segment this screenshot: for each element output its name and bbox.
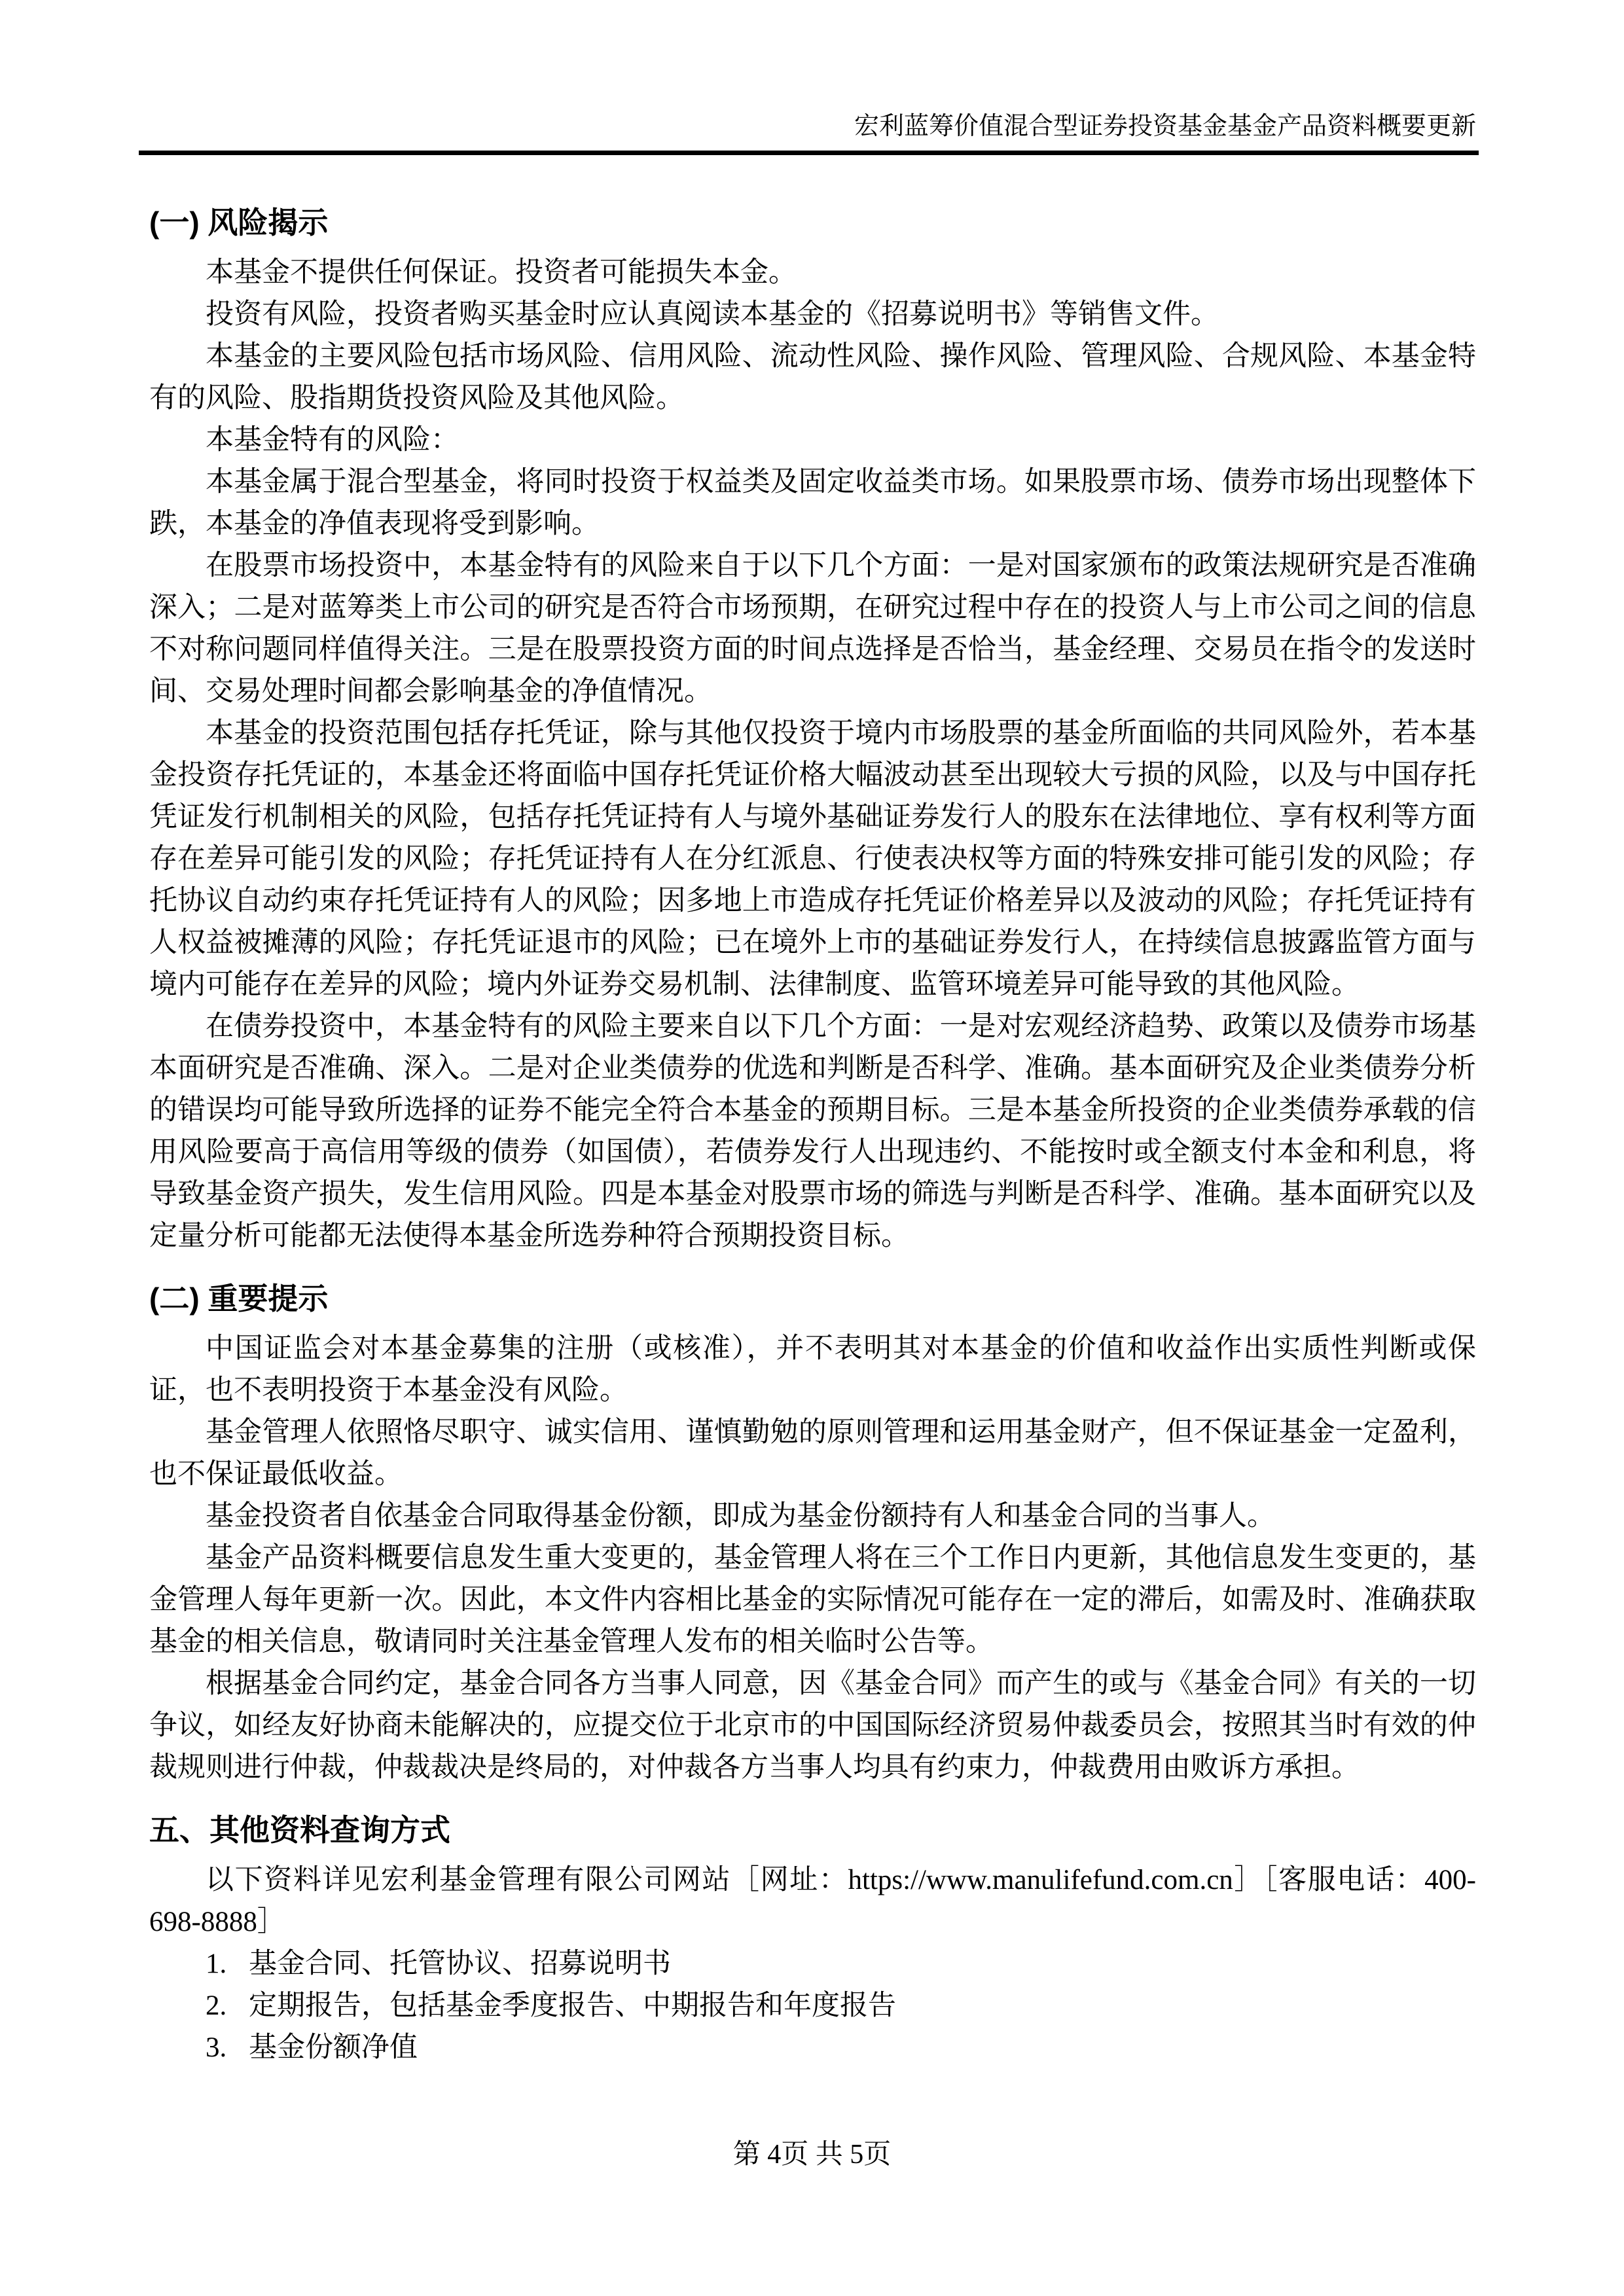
section-other-information: 五、其他资料查询方式 以下资料详见宏利基金管理有限公司网站［网址：https:/…	[149, 1808, 1476, 2069]
document-body: (一) 风险揭示 本基金不提供任何保证。投资者可能损失本金。 投资有风险，投资者…	[149, 201, 1476, 2069]
section-heading-important-notes: (二) 重要提示	[149, 1277, 1476, 1320]
list-item-number: 2.	[206, 1985, 230, 2027]
list-item-number: 3.	[206, 2027, 230, 2069]
list-item: 3.基金份额净值	[206, 2027, 1476, 2069]
paragraph: 根据基金合同约定，基金合同各方当事人同意，因《基金合同》而产生的或与《基金合同》…	[149, 1663, 1476, 1789]
section-heading-other-information: 五、其他资料查询方式	[149, 1808, 1476, 1852]
page-number-footer: 第 4页 共 5页	[0, 2138, 1624, 2172]
paragraph: 基金投资者自依基金合同取得基金份额，即成为基金份额持有人和基金合同的当事人。	[149, 1496, 1476, 1537]
paragraph: 基金产品资料概要信息发生重大变更的，基金管理人将在三个工作日内更新，其他信息发生…	[149, 1537, 1476, 1663]
header-rule	[139, 151, 1479, 155]
paragraph: 本基金的投资范围包括存托凭证，除与其他仅投资于境内市场股票的基金所面临的共同风险…	[149, 713, 1476, 1006]
list-item: 1.基金合同、托管协议、招募说明书	[206, 1943, 1476, 1985]
list-item-number: 1.	[206, 1943, 230, 1985]
section-heading-risk-disclosure: (一) 风险揭示	[149, 201, 1476, 244]
document-page: 宏利蓝筹价值混合型证券投资基金基金产品资料概要更新 (一) 风险揭示 本基金不提…	[0, 0, 1624, 2296]
paragraph: 本基金属于混合型基金，将同时投资于权益类及固定收益类市场。如果股票市场、债券市场…	[149, 461, 1476, 545]
section-important-notes: (二) 重要提示 中国证监会对本基金募集的注册（或核准），并不表明其对本基金的价…	[149, 1277, 1476, 1789]
paragraph: 本基金的主要风险包括市场风险、信用风险、流动性风险、操作风险、管理风险、合规风险…	[149, 336, 1476, 420]
list-item-text: 基金份额净值	[249, 2032, 418, 2063]
section-risk-disclosure: (一) 风险揭示 本基金不提供任何保证。投资者可能损失本金。 投资有风险，投资者…	[149, 201, 1476, 1257]
list-item: 2.定期报告，包括基金季度报告、中期报告和年度报告	[206, 1985, 1476, 2027]
paragraph: 中国证监会对本基金募集的注册（或核准），并不表明其对本基金的价值和收益作出实质性…	[149, 1328, 1476, 1412]
paragraph: 在股票市场投资中，本基金特有的风险来自于以下几个方面：一是对国家颁布的政策法规研…	[149, 545, 1476, 713]
paragraph: 基金管理人依照恪尽职守、诚实信用、谨慎勤勉的原则管理和运用基金财产，但不保证基金…	[149, 1412, 1476, 1496]
paragraph: 本基金特有的风险：	[149, 420, 1476, 461]
page-header-title: 宏利蓝筹价值混合型证券投资基金基金产品资料概要更新	[149, 110, 1476, 143]
list-item-text: 定期报告，包括基金季度报告、中期报告和年度报告	[249, 1990, 896, 2021]
paragraph: 在债券投资中，本基金特有的风险主要来自以下几个方面：一是对宏观经济趋势、政策以及…	[149, 1006, 1476, 1257]
contact-info-paragraph: 以下资料详见宏利基金管理有限公司网站［网址：https://www.manuli…	[149, 1859, 1476, 1943]
list-item-text: 基金合同、托管协议、招募说明书	[249, 1948, 671, 1979]
paragraph: 投资有风险，投资者购买基金时应认真阅读本基金的《招募说明书》等销售文件。	[149, 294, 1476, 336]
paragraph: 本基金不提供任何保证。投资者可能损失本金。	[149, 252, 1476, 294]
